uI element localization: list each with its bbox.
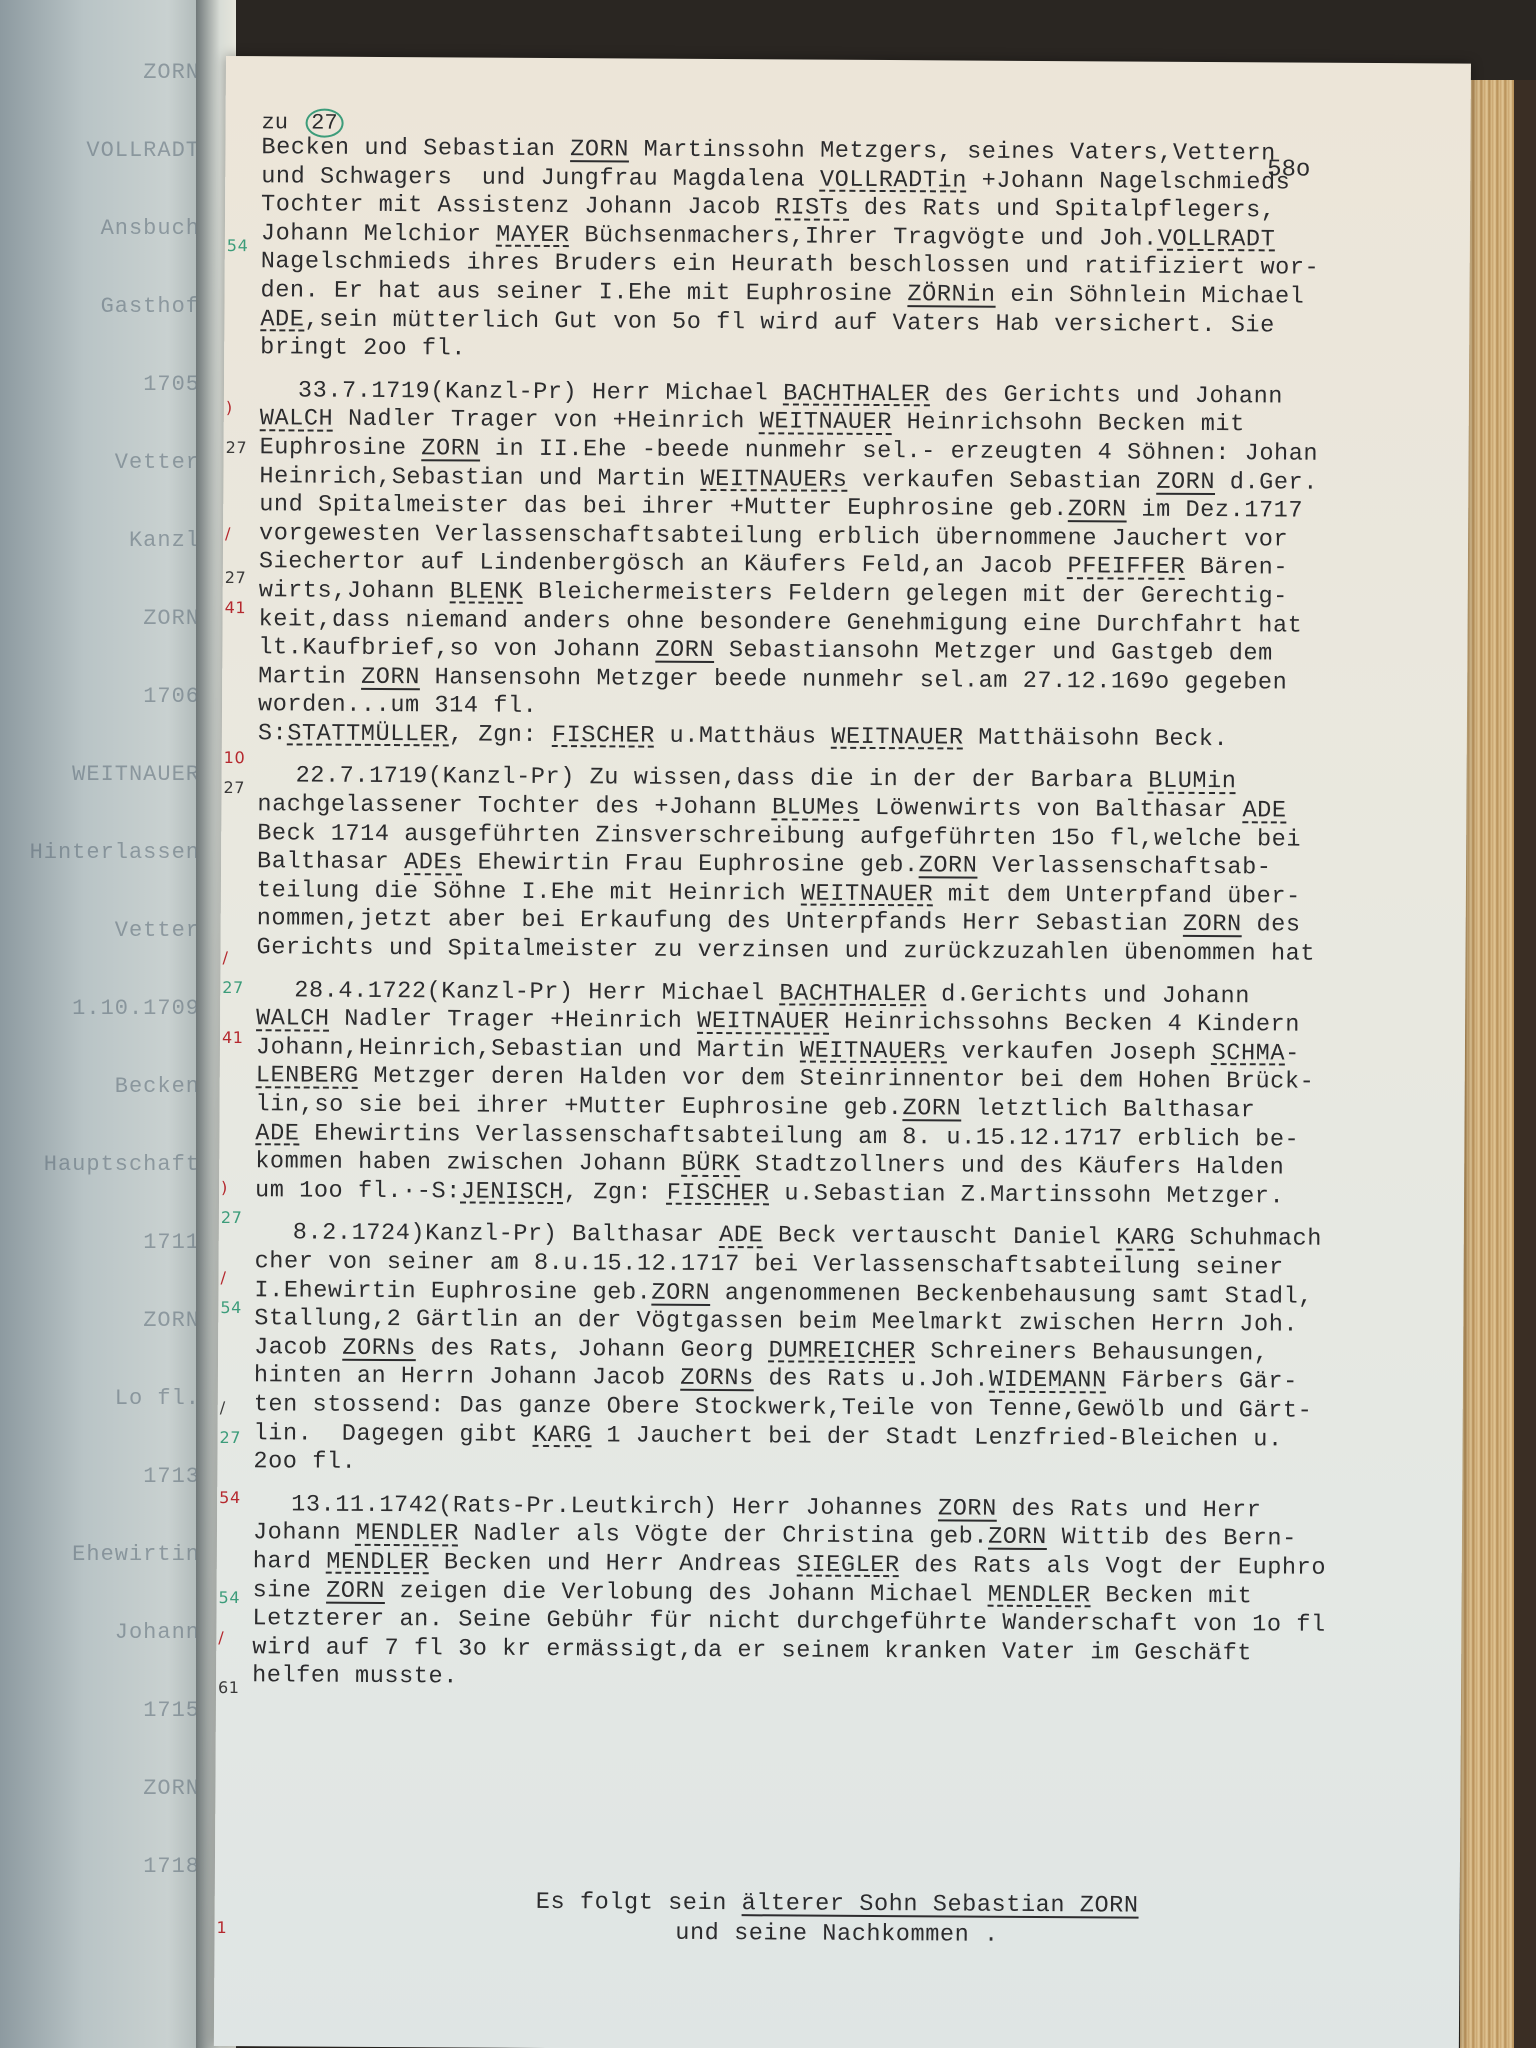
reference-prefix: zu [262,110,289,135]
margin-annotation: 54 [220,1294,242,1323]
previous-page-text: 1.10.1709 [72,996,200,1021]
margin-annotation: 54 [227,232,249,261]
previous-page-text: Vetter [115,918,200,943]
text-line: helfen musste. [252,1662,1442,1698]
margin-annotation: 27 [222,974,244,1003]
previous-page-text: Lo fl. [115,1386,200,1411]
paragraph: Becken und Sebastian ZORN Martinssohn Me… [260,134,1451,370]
previous-page-text: 1715 [143,1698,200,1723]
margin-annotation: / [220,1264,226,1293]
margin-annotation: 61 [218,1674,240,1703]
previous-page-text: ZORN [143,1308,200,1333]
margin-annotation: / [222,944,228,973]
margin-annotation: 27 [225,564,247,593]
previous-page-text: Johann [115,1620,200,1645]
previous-page-text: Kanzl [129,528,200,553]
previous-page-text: 1705 [143,372,200,397]
footer-line-2: und seine Nachkommen . [214,1916,1459,1954]
paragraph: 22.7.1719(Kanzl-Pr) Zu wissen,dass die i… [256,763,1447,970]
previous-page-text: 1706 [143,684,200,709]
margin-annotation: ) [221,1174,228,1203]
margin-annotation: 27 [223,774,245,803]
paragraph: 28.4.1722(Kanzl-Pr) Herr Michael BACHTHA… [255,977,1446,1213]
previous-page-text: Ehewirtin [72,1542,200,1567]
margin-annotation: ) [226,394,233,423]
previous-page-text: Hinterlassen [30,840,200,865]
margin-annotation: 41 [225,594,247,623]
previous-page-text: 1711 [143,1230,200,1255]
previous-page-text: VOLLRADT [86,138,200,163]
paragraph: 33.7.1719(Kanzl-Pr) Herr Michael BACHTHA… [258,377,1450,756]
book-page-edges [1460,80,1536,2048]
previous-page-text: ZORN [143,60,200,85]
margin-annotation: 27 [221,1204,243,1233]
previous-page-text: 1713 [143,1464,200,1489]
margin-annotation: 27 [219,1424,241,1453]
previous-page-text: Gasthof [101,294,200,319]
reference-label: zu 27 [262,108,344,138]
previous-page: ZORNVOLLRADTAnsbuchGasthof1705VetterKanz… [0,0,210,2048]
margin-annotation: 54 [219,1484,241,1513]
previous-page-text: Vetter [115,450,200,475]
margin-annotation: 10 [224,744,246,773]
previous-page-text: 1718 [143,1854,200,1879]
footer-note: Es folgt sein älterer Sohn Sebastian ZOR… [214,1886,1459,1954]
margin-annotation: 27 [226,434,248,463]
margin-annotation: / [218,1624,224,1653]
previous-page-text: WEITNAUER [72,762,200,787]
paragraph: 8.2.1724)Kanzl-Pr) Balthasar ADE Beck ve… [253,1220,1445,1485]
reference-number: 27 [305,108,344,137]
previous-page-text: Hauptschaft [44,1152,200,1177]
margin-annotation: / [220,1394,226,1423]
margin-annotation: / [225,520,231,549]
paragraph: 13.11.1742(Rats-Pr.Leutkirch) Herr Johan… [252,1491,1443,1698]
margin-annotation: 54 [218,1584,240,1613]
previous-page-text: ZORN [143,606,200,631]
document-body: Becken und Sebastian ZORN Martinssohn Me… [252,134,1451,1698]
margin-annotation: 41 [222,1024,244,1053]
previous-page-text: ZORN [143,1776,200,1801]
document-page: zu 27 58o Becken und Sebastian ZORN Mart… [214,56,1471,2048]
previous-page-text: Ansbuch [101,216,200,241]
previous-page-text: Becken [115,1074,200,1099]
